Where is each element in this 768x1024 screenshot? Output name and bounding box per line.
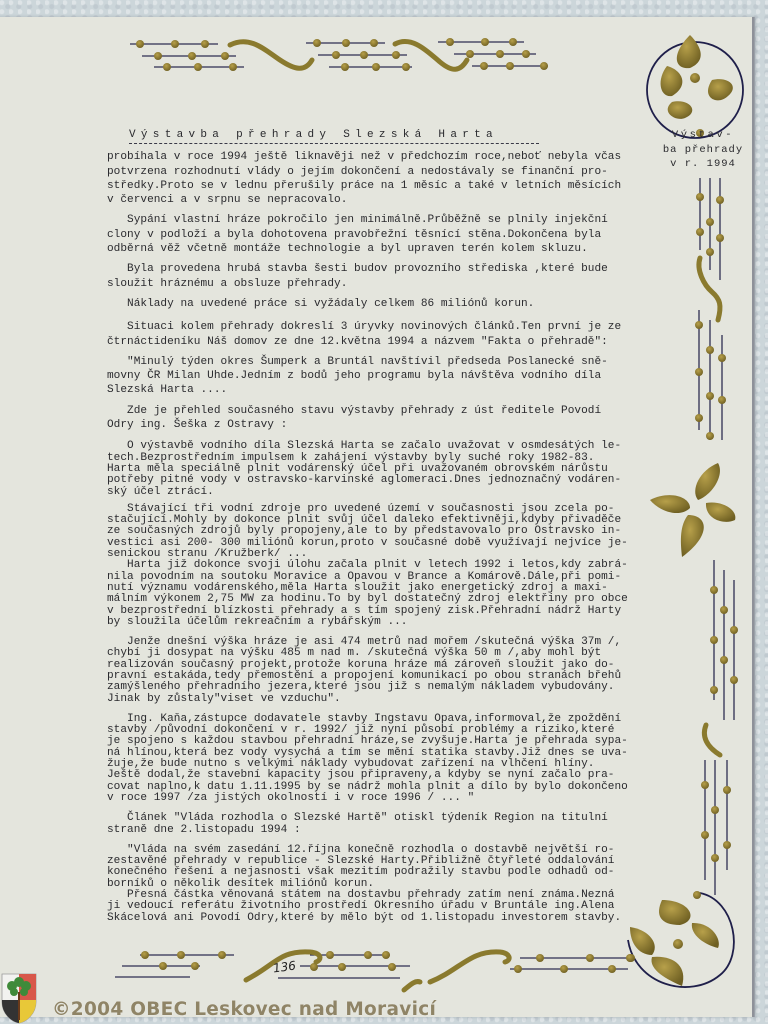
coat-of-arms-icon	[0, 972, 38, 1024]
paragraph-region-article: Článek "Vláda rozhodla o Slezské Hartě" …	[107, 813, 662, 836]
paragraph-articles-intro: Situaci kolem přehrady dokreslí 3 úryvky…	[107, 320, 662, 349]
margin-note-line-1: Výstav-	[648, 128, 758, 143]
typewritten-document: Výstavba přehrady Slezská Harta probíhal…	[107, 128, 662, 924]
paragraph-government-decision: "Vláda na svém zasedání 12.října konečně…	[107, 845, 662, 890]
document-title: Výstavba přehrady Slezská Harta	[129, 128, 539, 144]
margin-note-line-2: ba přehrady	[648, 143, 758, 158]
margin-note: Výstav- ba přehrady v r. 1994	[648, 128, 758, 172]
paragraph-contractor: Ing. Kaňa,zástupce dodavatele stavby Ing…	[107, 714, 662, 804]
paragraph-water-sources: Stávající tři vodní zdroje pro uvedené ú…	[107, 504, 662, 560]
paragraph-flood-energy: Harta již dokonce svoji úlohu začala pln…	[107, 560, 662, 628]
paragraph-buildings: Byla provedena hrubá stavba šesti budov …	[107, 262, 662, 291]
paragraph-intro: probíhala v roce 1994 ještě liknavěji ne…	[107, 150, 662, 207]
paragraph-quote-visit: "Minulý týden okres Šumperk a Bruntál na…	[107, 355, 662, 398]
margin-note-line-3: v r. 1994	[648, 157, 758, 172]
paragraph-status-overview: Zde je přehled současného stavu výstavby…	[107, 404, 662, 433]
paragraph-dam-work: Sypání vlastní hráze pokročilo jen minim…	[107, 213, 662, 256]
paragraph-costs: Náklady na uvedené práce si vyžádaly cel…	[107, 297, 662, 311]
side-flower-ornament	[650, 463, 735, 557]
paragraph-history: O výstavbě vodního díla Slezská Harta se…	[107, 441, 662, 497]
paragraph-funding: Přesná částka věnovaná státem na dostavb…	[107, 890, 662, 924]
copyright-watermark: ©2004 OBEC Leskovec nad Moravicí	[52, 999, 436, 1020]
paragraph-dam-height: Jenže dnešní výška hráze je asi 474 metr…	[107, 637, 662, 705]
